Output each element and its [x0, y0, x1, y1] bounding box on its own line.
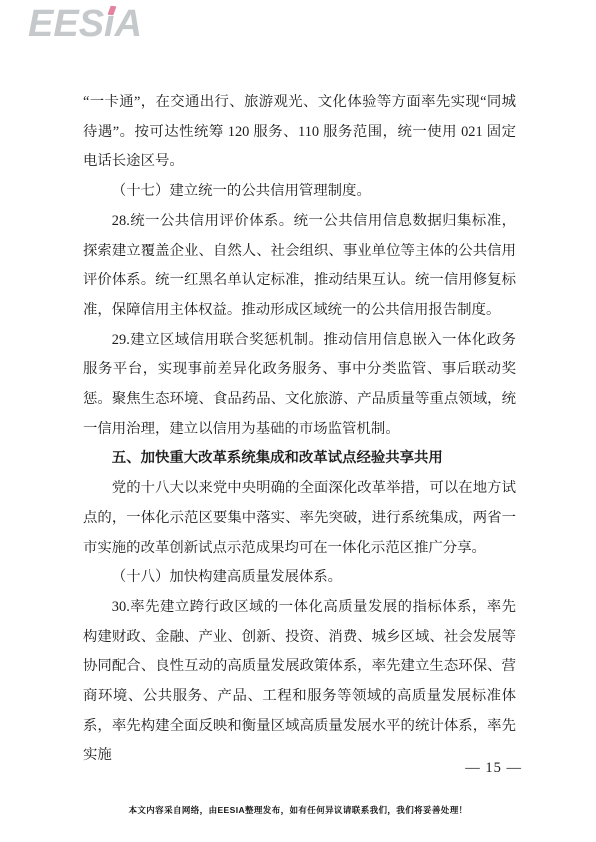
eesia-logo: EESıA: [28, 4, 142, 44]
document-body: “一卡通”，在交通出行、旅游观光、文化体验等方面率先实现“同城待遇”。按可达性统…: [83, 88, 516, 771]
paragraph-30: 30.率先建立跨行政区域的一体化高质量发展的指标体系，率先构建财政、金融、产业、…: [83, 593, 516, 771]
subsection-heading-17: （十七）建立统一的公共信用管理制度。: [83, 177, 516, 207]
paragraph-29: 29.建立区域信用联合奖惩机制。推动信用信息嵌入一体化政务服务平台，实现事前差异…: [83, 326, 516, 445]
section-heading-5: 五、加快重大改革系统集成和改革试点经验共享共用: [83, 444, 516, 474]
page-number: — 15 —: [465, 760, 522, 777]
logo-text-after-i: A: [115, 3, 142, 45]
logo-i: ı: [104, 4, 115, 44]
paragraph-continuation: “一卡通”，在交通出行、旅游观光、文化体验等方面率先实现“同城待遇”。按可达性统…: [83, 88, 516, 177]
subsection-heading-18: （十八）加快构建高质量发展体系。: [83, 563, 516, 593]
logo-text-before-i: EES: [28, 3, 104, 45]
paragraph-party: 党的十八大以来党中央明确的全面深化改革举措，可以在地方试点的，一体化示范区要集中…: [83, 474, 516, 563]
footer-disclaimer: 本文内容采自网络，由EESIA整理发布，如有任何异议请联系我们，我们将妥善处理！: [0, 804, 596, 816]
document-page: EESıA “一卡通”，在交通出行、旅游观光、文化体验等方面率先实现“同城待遇”…: [0, 0, 596, 842]
paragraph-28: 28.统一公共信用评价体系。统一公共信用信息数据归集标准，探索建立覆盖企业、自然…: [83, 207, 516, 326]
